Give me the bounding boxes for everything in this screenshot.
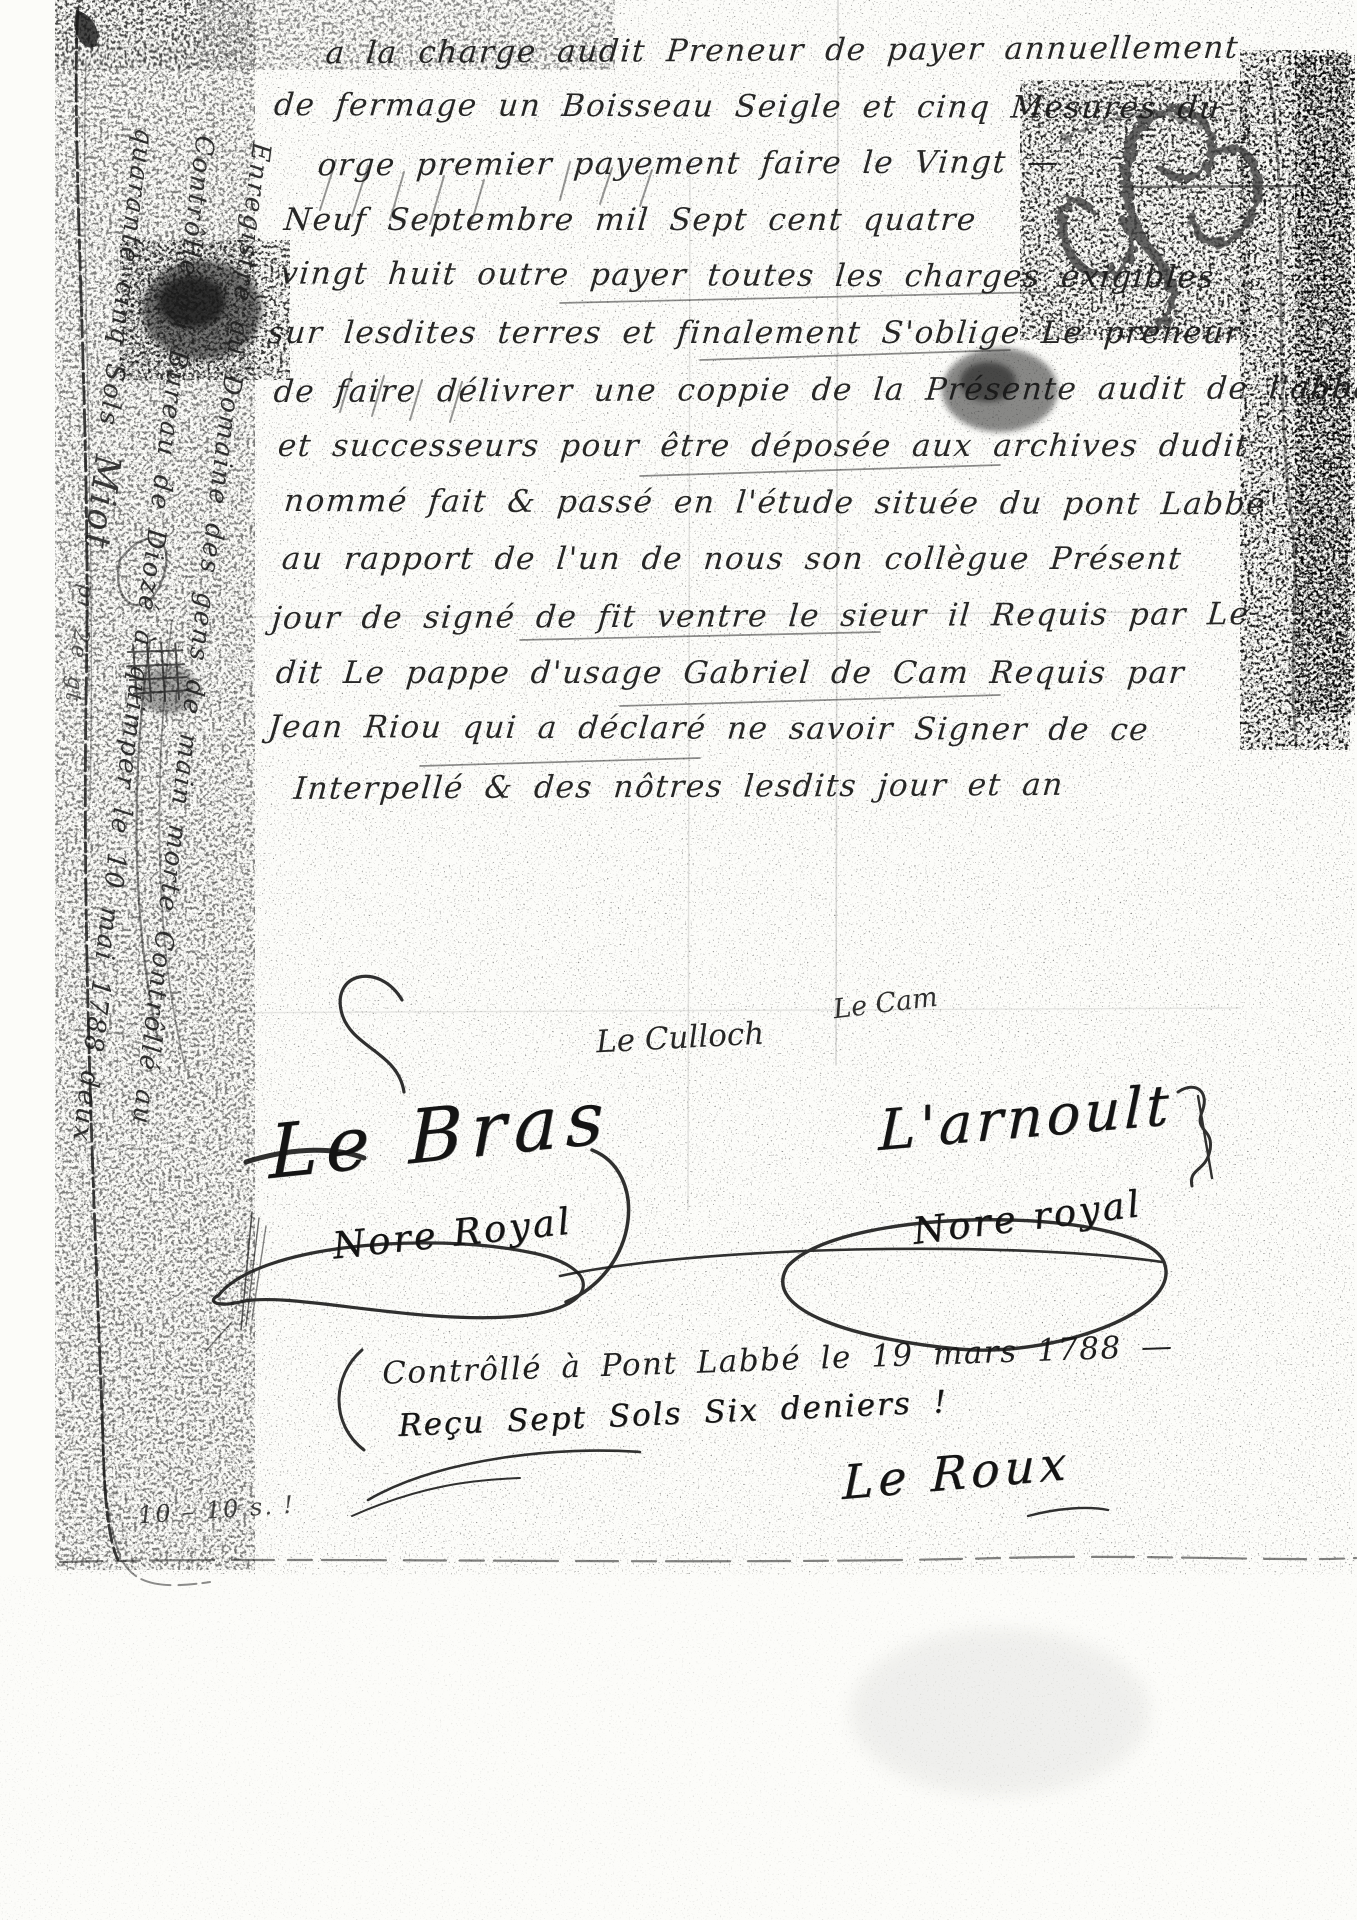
control-line: Contrôllé à Pont Labbé le 19 mars 1788 — [382, 1328, 1175, 1392]
lebras-title: Nore Royal [330, 1200, 574, 1268]
act-line: sur lesdites terres et finalement S'obli… [266, 305, 1357, 362]
larnoult-title: Nore royal [910, 1182, 1144, 1253]
scanned-document-page: a la charge audit Preneur de payer annue… [0, 0, 1357, 1920]
act-line: et successeurs pour être déposée aux arc… [276, 418, 1357, 475]
act-line: Jean Riou qui a déclaré ne savoir Signer… [266, 699, 1357, 760]
act-line: dit Le pappe d'usage Gabriel de Cam Requ… [274, 645, 1357, 702]
act-line: de fermage un Boisseau Seigle et cinq Me… [272, 77, 1357, 138]
act-line: nommé fait & passé en l'étude située du … [282, 473, 1357, 534]
act-line: vingt huit outre payer toutes les charge… [278, 246, 1357, 308]
receipt-line: Reçu Sept Sols Six deniers ! [397, 1384, 948, 1444]
miot-signature: Miot [75, 453, 127, 554]
lebras-signature: Le Bras [269, 1074, 611, 1196]
act-line: a la charge audit Preneur de payer annue… [323, 19, 1357, 82]
leroux-signature: Le Roux [842, 1436, 1072, 1511]
leculloch-signature: Le Culloch [595, 1016, 765, 1061]
act-line: jour de signé de fit ventre le sieur il … [269, 585, 1357, 647]
larnoult-signature: L'arnoult [878, 1073, 1173, 1164]
act-line: orge premier payement faire le Vingt — [315, 133, 1357, 194]
act-body-text: a la charge audit Preneur de payer annue… [268, 22, 1357, 814]
act-line: au rapport de l'un de nous son collègue … [280, 531, 1357, 588]
margin-registration-note: Enregistré au Domaine des gens de main m… [0, 125, 289, 1154]
margin-paraph-note: pr 2e gt [60, 583, 99, 705]
paper-bottom-edge [60, 1557, 1356, 1562]
act-line: de faire délivrer une coppie de la Prése… [271, 360, 1357, 421]
act-line: Interpellé & des nôtres lesdits jour et … [291, 755, 1357, 817]
lecam-signature: Le Cam [832, 982, 940, 1026]
price-note: 10 – 10 s. ! [137, 1491, 296, 1530]
act-line: Neuf Septembre mil Sept cent quatre [282, 192, 1357, 249]
paper-corner-bottom-left [103, 1380, 210, 1585]
